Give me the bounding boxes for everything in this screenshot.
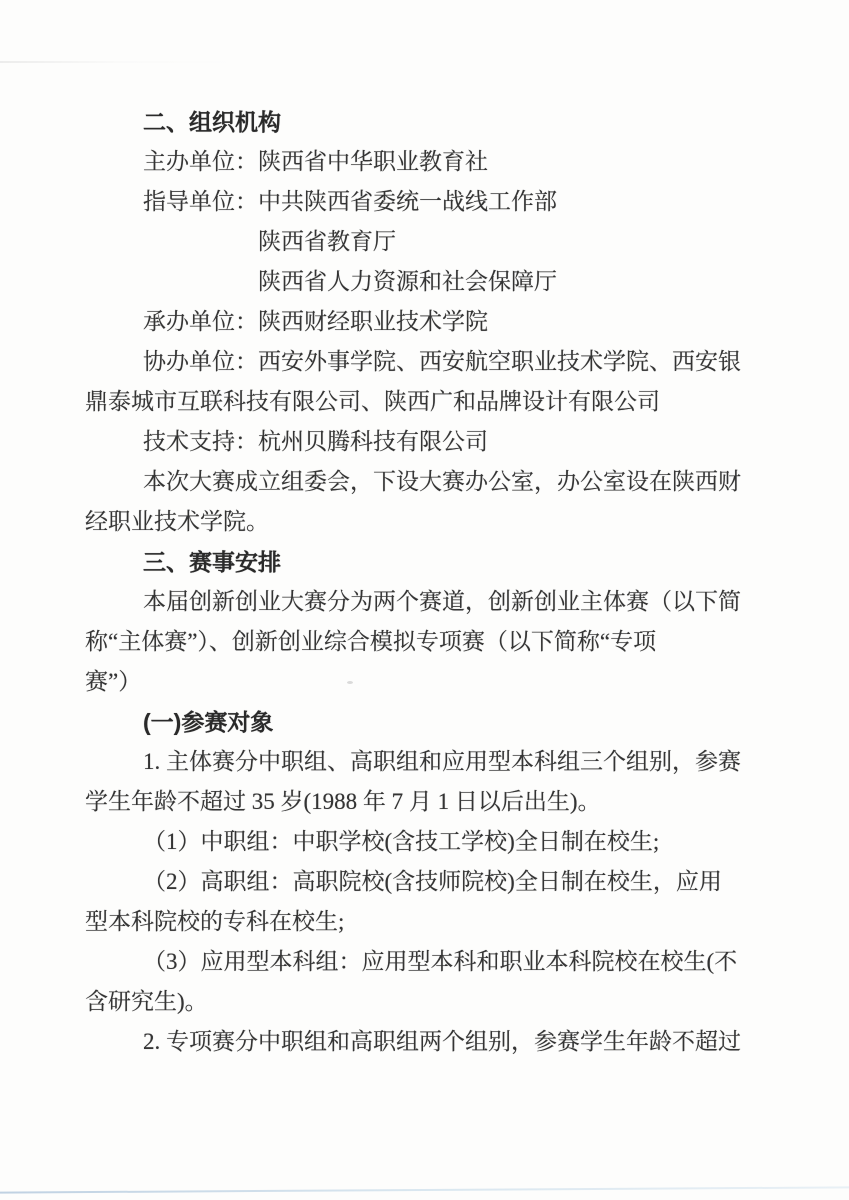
text-line: 2. 专项赛分中职组和高职组两个组别，参赛学生年龄不超过 — [85, 1022, 775, 1062]
text-line: 学生年龄不超过 35 岁(1988 年 7 月 1 日以后出生)。 — [85, 782, 775, 822]
text-line: （1）中职组：中职学校(含技工学校)全日制在校生; — [85, 822, 775, 862]
text-line: 指导单位：中共陕西省委统一战线工作部 — [85, 182, 775, 222]
section-heading: 三、赛事安排 — [85, 542, 775, 582]
text-line: 本次大赛成立组委会，下设大赛办公室，办公室设在陕西财 — [85, 462, 775, 502]
section-heading: 二、组织机构 — [85, 102, 775, 142]
text-line: 主办单位：陕西省中华职业教育社 — [85, 142, 775, 182]
text-line: 含研究生)。 — [85, 982, 775, 1022]
text-line: 协办单位：西安外事学院、西安航空职业技术学院、西安银 — [85, 342, 775, 382]
text-line: 承办单位：陕西财经职业技术学院 — [85, 302, 775, 342]
document-page: 二、组织机构主办单位：陕西省中华职业教育社指导单位：中共陕西省委统一战线工作部陕… — [0, 0, 849, 1200]
text-line: 陕西省人力资源和社会保障厅 — [85, 262, 775, 302]
text-line: 型本科院校的专科在校生; — [85, 902, 775, 942]
text-line: 1. 主体赛分中职组、高职组和应用型本科组三个组别，参赛 — [85, 742, 775, 782]
document-body: 二、组织机构主办单位：陕西省中华职业教育社指导单位：中共陕西省委统一战线工作部陕… — [85, 102, 775, 1062]
text-line: 本届创新创业大赛分为两个赛道，创新创业主体赛（以下简 — [85, 582, 775, 622]
text-line: 鼎泰城市互联科技有限公司、陕西广和品牌设计有限公司 — [85, 382, 775, 422]
text-line: 称“主体赛”）、创新创业综合模拟专项赛（以下简称“专项 — [85, 622, 775, 662]
scan-edge-artifact — [0, 1186, 849, 1193]
section-heading: (一)参赛对象 — [85, 702, 775, 742]
text-line: 陕西省教育厅 — [85, 222, 775, 262]
text-line: 经职业技术学院。 — [85, 502, 775, 542]
text-line: 赛”） — [85, 662, 775, 702]
scan-streak-artifact — [0, 61, 240, 63]
text-line: 技术支持：杭州贝腾科技有限公司 — [85, 422, 775, 462]
text-line: （3）应用型本科组：应用型本科和职业本科院校在校生(不 — [85, 942, 775, 982]
text-line: （2）高职组：高职院校(含技师院校)全日制在校生，应用 — [85, 862, 775, 902]
